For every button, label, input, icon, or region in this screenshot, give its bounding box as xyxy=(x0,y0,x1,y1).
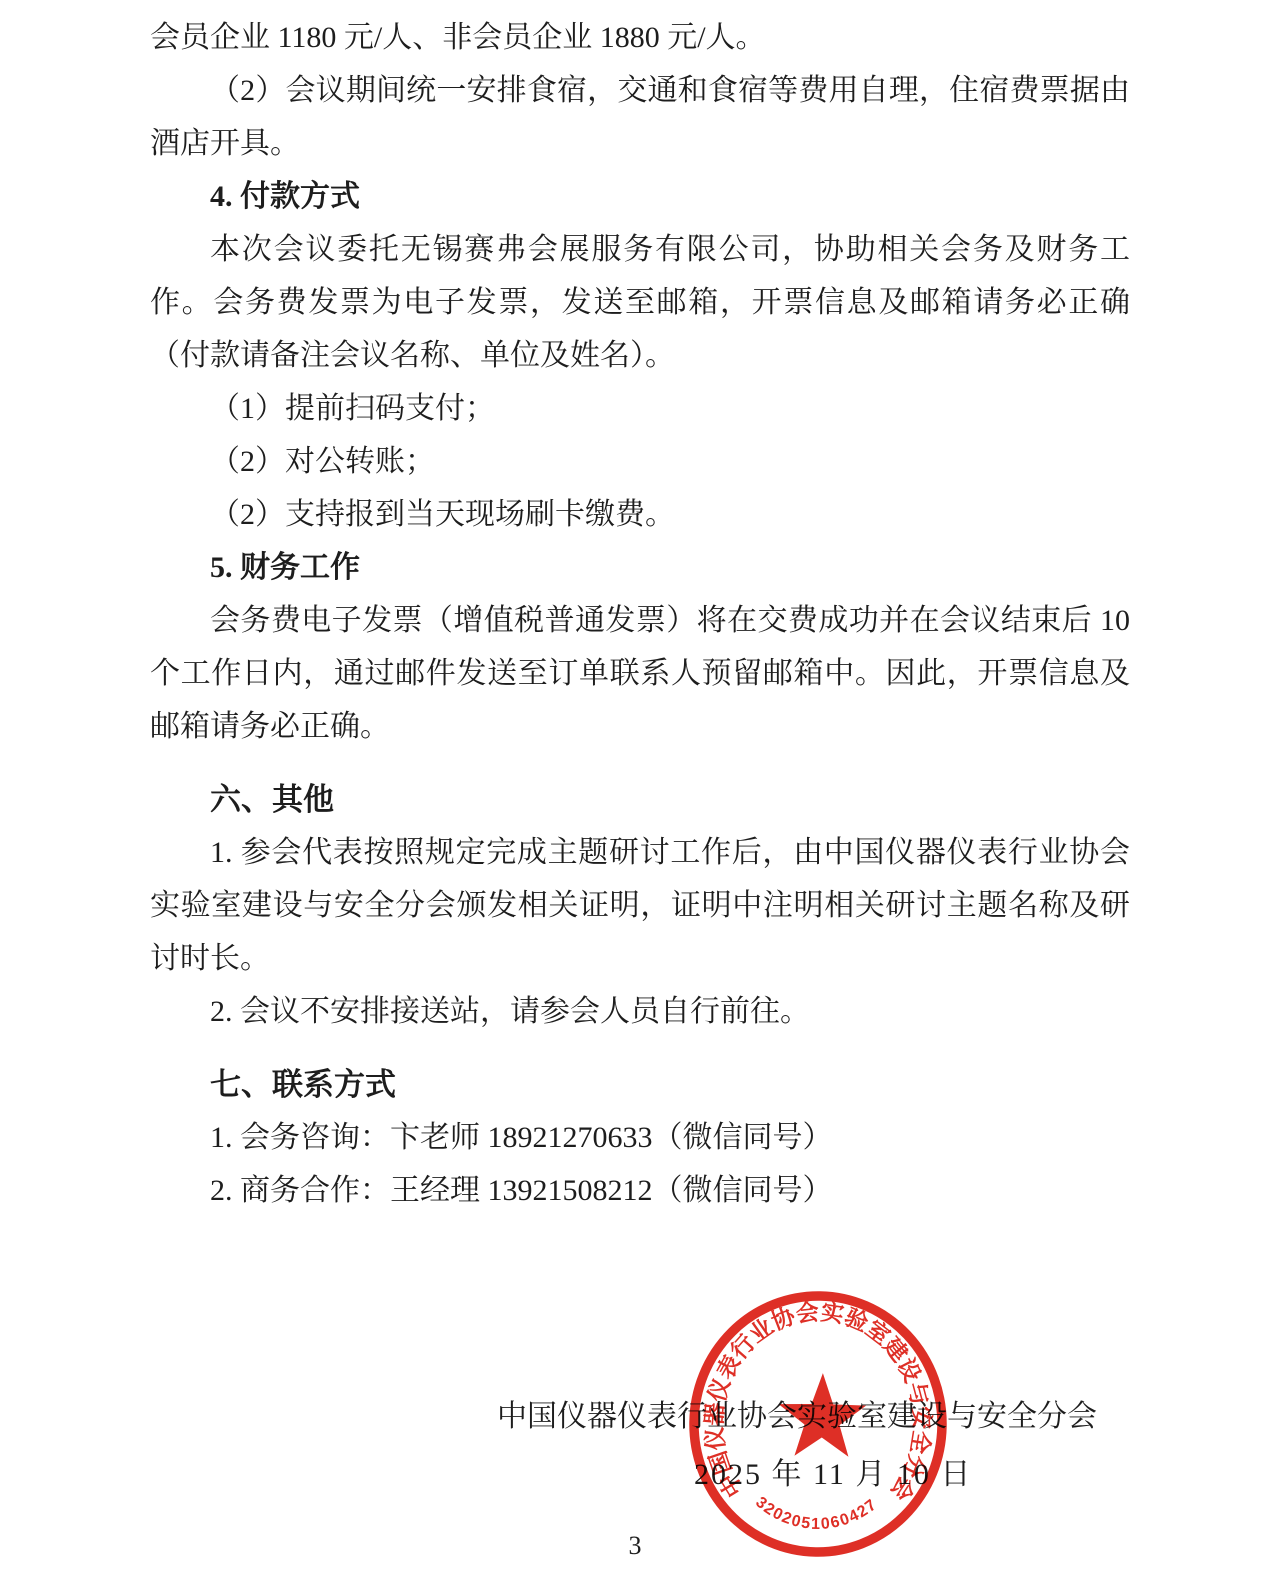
document-page: 会员企业 1180 元/人、非会员企业 1880 元/人。（2）会议期间统一安排… xyxy=(0,0,1280,1572)
heading: 七、联系方式 xyxy=(150,1058,1130,1111)
paragraph: 会务费电子发票（增值税普通发票）将在交费成功并在会议结束后 10 个工作日内，通… xyxy=(150,594,1130,753)
page-number: 3 xyxy=(0,1531,1270,1561)
seal-star-icon xyxy=(778,1372,867,1457)
paragraph: 2. 商务合作：王经理 13921508212（微信同号） xyxy=(150,1164,1130,1217)
seal-serial-number: 3202051060427 xyxy=(752,1494,881,1534)
paragraph: （2）对公转账； xyxy=(150,435,1130,488)
heading: 六、其他 xyxy=(150,773,1130,826)
paragraph: 2. 会议不安排接送站，请参会人员自行前往。 xyxy=(150,985,1130,1038)
paragraph: 1. 会务咨询：卞老师 18921270633（微信同号） xyxy=(150,1111,1130,1164)
paragraph: 会员企业 1180 元/人、非会员企业 1880 元/人。 xyxy=(150,11,1130,64)
heading: 5. 财务工作 xyxy=(150,541,1130,594)
paragraph: （1）提前扫码支付； xyxy=(150,382,1130,435)
paragraph: 本次会议委托无锡赛弗会展服务有限公司，协助相关会务及财务工作。会务费发票为电子发… xyxy=(150,223,1130,382)
heading: 4. 付款方式 xyxy=(150,170,1130,223)
paragraph: （2）会议期间统一安排食宿，交通和食宿等费用自理，住宿费票据由酒店开具。 xyxy=(150,64,1130,170)
paragraph: 1. 参会代表按照规定完成主题研讨工作后，由中国仪器仪表行业协会实验室建设与安全… xyxy=(150,826,1130,985)
official-seal: 中国仪器仪表行业协会实验室建设与安全分会 3202051060427 xyxy=(675,1272,960,1572)
paragraph: （2）支持报到当天现场刷卡缴费。 xyxy=(150,488,1130,541)
svg-text:3202051060427: 3202051060427 xyxy=(752,1494,881,1534)
document-blocks: 会员企业 1180 元/人、非会员企业 1880 元/人。（2）会议期间统一安排… xyxy=(150,11,1130,1217)
